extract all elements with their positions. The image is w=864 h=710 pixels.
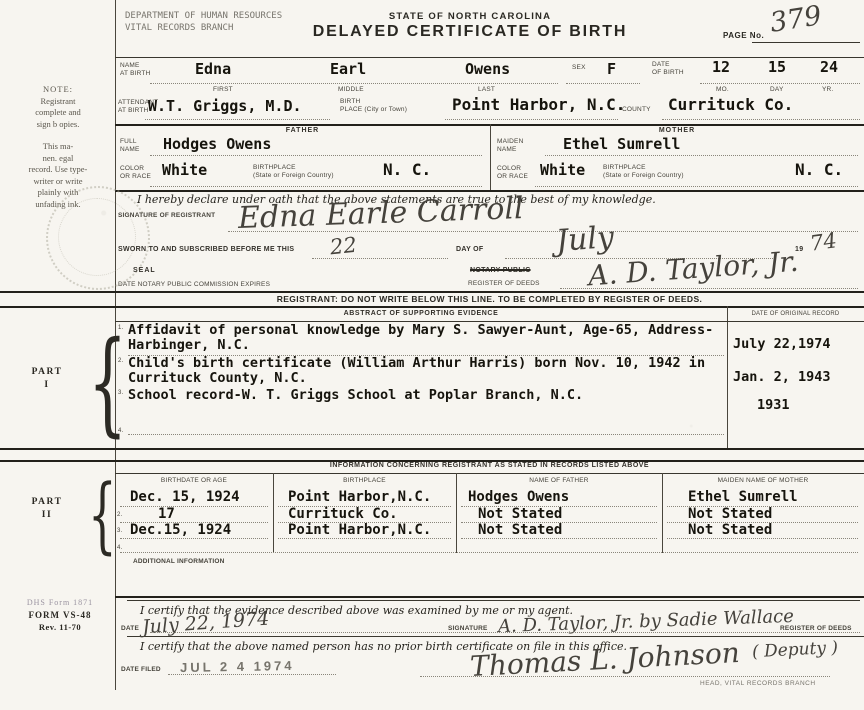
part2-col2-divider: [456, 473, 457, 553]
evidence-item-number: 2.: [118, 358, 123, 364]
evidence-item-number: 4.: [118, 428, 123, 434]
attendant-dotted-line: [145, 119, 330, 120]
header-divider: [115, 57, 864, 58]
sworn-day-value: 22: [329, 233, 358, 260]
state-heading: STATE OF NORTH CAROLINA: [270, 11, 670, 22]
record-row-mother: Not Stated: [688, 522, 772, 538]
date-filed-stamp: JUL 2 4 1974: [180, 658, 295, 675]
page-number-label: PAGE No.: [723, 31, 764, 40]
record-row-father: Not Stated: [478, 522, 562, 538]
evidence-item-date: July 22,1974: [733, 336, 831, 352]
birthplace-dotted-line: [445, 119, 618, 120]
last-name-value: Owens: [465, 60, 510, 78]
registrant-signature-dotted-line: [228, 231, 858, 232]
month-sublabel: MO.: [716, 86, 729, 93]
birthplace-value: Point Harbor, N.C.: [452, 95, 625, 114]
mother-birthplace-value: N. C.: [795, 160, 843, 179]
middle-sublabel: MIDDLE: [338, 86, 364, 93]
page-number-value: 379: [768, 0, 824, 39]
record-row-father: Not Stated: [478, 506, 562, 522]
margin-note-line: [6, 130, 110, 141]
record-row-number: 2.: [117, 512, 122, 518]
part2-row3-dotted-line: [667, 538, 858, 539]
mother-maiden-name-label: MAIDEN: [497, 138, 523, 145]
day-sublabel: DAY: [770, 86, 783, 93]
middle-name-value: Earl: [330, 60, 366, 78]
certify2-top-line: [127, 636, 864, 637]
dhs-form-stamp: DHS Form 1871: [6, 598, 114, 607]
notice-bottom-line: [0, 306, 864, 308]
mother-race-label: COLOR: [497, 165, 521, 172]
sex-dotted-line: [566, 83, 640, 84]
register-of-deeds-signature: A. D. Taylor, Jr.: [587, 245, 799, 293]
evidence-item-date: 1931: [757, 397, 790, 413]
father-full-name-label2: NAME: [120, 146, 140, 153]
sworn-year-value: 74: [808, 228, 838, 255]
first-name-value: Edna: [195, 60, 231, 78]
part1-header-underline-right: [727, 321, 864, 322]
part2-row3-dotted-line: [120, 538, 268, 539]
father-full-name-label: FULL: [120, 138, 137, 145]
father-race-label2: OR RACE: [120, 173, 151, 180]
department-line1: DEPARTMENT OF HUMAN RESOURCES: [125, 11, 282, 21]
record-row-mother: Ethel Sumrell: [688, 489, 798, 505]
sex-label: SEX: [572, 64, 586, 71]
father-race-value: White: [162, 161, 207, 179]
department-line2: VITAL RECORDS BRANCH: [125, 23, 233, 33]
birthplace-label: BIRTH: [340, 98, 360, 105]
sworn-month-value: July: [555, 220, 615, 259]
record-row-number: 4.: [117, 545, 122, 551]
margin-note-line: record. Use type-: [6, 164, 110, 176]
seal-label: SEAL: [133, 267, 156, 274]
name-dotted-line: [150, 83, 558, 84]
part1-bottom-line: [0, 448, 864, 450]
margin-note-line: sign b opies.: [6, 119, 110, 131]
deputy-handwritten: ( Deputy ): [752, 638, 839, 662]
margin-note-line: complete and: [6, 107, 110, 119]
form-number: FORM VS-48: [6, 610, 114, 620]
part1-date-col-divider: [727, 306, 728, 448]
record-row-birthplace: Currituck Co.: [288, 506, 398, 522]
date-of-birth-label2: OF BIRTH: [652, 69, 684, 76]
part2-word: PART: [8, 496, 86, 509]
part2-col-header: NAME OF FATHER: [456, 477, 662, 484]
evidence-item-text: School record-W. T. Griggs School at Pop…: [128, 388, 724, 403]
certify-signature-label: SIGNATURE: [448, 625, 488, 632]
page-number-underline: [752, 42, 860, 43]
date-of-birth-label: DATE: [652, 61, 670, 68]
name-at-birth-label2: AT BIRTH: [120, 70, 151, 77]
county-value: Currituck Co.: [668, 95, 793, 114]
part2-bottom-line: [115, 596, 864, 598]
record-row-birthdate: Dec.15, 1924: [130, 522, 231, 538]
father-birthplace-label: BIRTHPLACE: [253, 164, 296, 171]
attendant-label2: AT BIRTH: [118, 107, 149, 114]
date-filed-dotted-line: [168, 674, 336, 675]
margin-note-line: This ma-: [6, 141, 110, 153]
part2-col-header: BIRTHDATE OR AGE: [115, 477, 273, 484]
county-dotted-line: [662, 119, 860, 120]
margin-note-line: nen. egal: [6, 153, 110, 165]
father-birthplace-label2: (State or Foreign Country): [253, 172, 334, 179]
certify-date-label: DATE: [121, 625, 139, 632]
mother-race-label2: OR RACE: [497, 173, 528, 180]
mother-race-dotted-line: [535, 186, 858, 187]
year-sublabel: YR.: [822, 86, 833, 93]
head-vital-records-label: HEAD, VITAL RECORDS BRANCH: [700, 680, 816, 687]
mother-birthplace-label2: (State or Foreign Country): [603, 172, 684, 179]
record-row-birthdate: Dec. 15, 1924: [130, 489, 240, 505]
notary-public-struck-label: NOTARY PUBLIC: [470, 267, 531, 274]
part1-num: I: [8, 379, 86, 392]
part2-num: II: [8, 509, 86, 522]
part2-title-underline: [115, 473, 864, 474]
part2-row1-dotted-line: [120, 506, 268, 507]
notary-expires-label: DATE NOTARY PUBLIC COMMISSION EXPIRES: [118, 281, 270, 288]
part2-brace-icon: {: [88, 468, 117, 563]
mother-birthplace-label: BIRTHPLACE: [603, 164, 646, 171]
scanned-delayed-birth-certificate: NOTE: Registrant complete and sign b opi…: [0, 0, 864, 710]
part1-title: ABSTRACT OF SUPPORTING EVIDENCE: [115, 310, 727, 317]
notary-seal-inner-ring: [58, 198, 136, 276]
day-of-label: DAY OF: [456, 246, 483, 253]
register-signature-dotted-line: [560, 288, 858, 289]
mother-race-value: White: [540, 161, 585, 179]
mother-name-value: Ethel Sumrell: [563, 135, 680, 153]
father-section-header: FATHER: [115, 127, 490, 134]
certify1-top-line: [127, 600, 860, 601]
part2-col-header: MAIDEN NAME OF MOTHER: [662, 477, 864, 484]
county-label: COUNTY: [622, 106, 651, 113]
additional-information-label: ADDITIONAL INFORMATION: [133, 558, 225, 565]
evidence-item-date: Jan. 2, 1943: [733, 369, 831, 385]
father-name-value: Hodges Owens: [163, 135, 271, 153]
certificate-title: DELAYED CERTIFICATE OF BIRTH: [255, 23, 685, 41]
part1-date-header: DATE OF ORIGINAL RECORD: [727, 311, 864, 317]
evidence-item4-dotted-line: [128, 434, 724, 435]
part2-row3-dotted-line: [461, 538, 657, 539]
evidence-item-text: Child's birth certificate (William Arthu…: [128, 356, 724, 386]
sworn-label: SWORN TO AND SUBSCRIBED BEFORE ME THIS: [118, 246, 294, 253]
father-race-label: COLOR: [120, 165, 144, 172]
dob-dotted-line: [700, 83, 860, 84]
record-row-mother: Not Stated: [688, 506, 772, 522]
birth-day-value: 15: [768, 58, 786, 76]
certify-register-label: REGISTER OF DEEDS: [780, 625, 852, 632]
date-filed-label: DATE FILED: [121, 666, 161, 673]
part2-col3-divider: [662, 473, 663, 553]
sex-value: F: [607, 60, 616, 78]
register-of-deeds-label: REGISTER OF DEEDS: [468, 280, 540, 287]
evidence-item-text: Affidavit of personal knowledge by Mary …: [128, 323, 724, 353]
record-row-father: Hodges Owens: [468, 489, 569, 505]
certify-signature-dotted-line: [150, 632, 860, 633]
birth-month-value: 12: [712, 58, 730, 76]
birthplace-label2: PLACE (City or Town): [340, 106, 407, 113]
first-sublabel: FIRST: [213, 86, 233, 93]
part2-title: INFORMATION CONCERNING REGISTRANT AS STA…: [115, 462, 864, 469]
father-name-dotted-line: [150, 155, 482, 156]
mother-maiden-name-label2: NAME: [497, 146, 517, 153]
part1-label: PART I: [8, 366, 86, 392]
father-birthplace-value: N. C.: [383, 160, 431, 179]
record-row-birthdate: 17: [158, 506, 175, 522]
registrant-notice: REGISTRANT: DO NOT WRITE BELOW THIS LINE…: [115, 294, 864, 304]
notice-top-line: [0, 291, 864, 293]
last-sublabel: LAST: [478, 86, 495, 93]
mother-name-dotted-line: [545, 155, 858, 156]
father-race-dotted-line: [150, 186, 482, 187]
attendant-value: W.T. Griggs, M.D.: [148, 97, 302, 115]
part2-row4-dotted-line: [120, 552, 858, 553]
part2-col1-divider: [273, 473, 274, 553]
margin-note-line: Registrant: [6, 96, 110, 108]
form-revision: Rev. 11-70: [6, 622, 114, 632]
part2-row3-dotted-line: [278, 538, 451, 539]
part2-col-header: BIRTHPLACE: [273, 477, 456, 484]
record-row-birthplace: Point Harbor,N.C.: [288, 522, 431, 538]
margin-note-title: NOTE:: [6, 84, 110, 96]
part2-label: PART II: [8, 496, 86, 522]
name-at-birth-label: NAME: [120, 62, 140, 69]
evidence-item-number: 1.: [118, 325, 123, 331]
evidence-item-number: 3.: [118, 390, 123, 396]
part1-word: PART: [8, 366, 86, 379]
head-signature-dotted-line: [420, 676, 830, 677]
mother-section-header: MOTHER: [490, 127, 864, 134]
birth-year-value: 24: [820, 58, 838, 76]
signature-of-registrant-label: SIGNATURE OF REGISTRANT: [118, 212, 215, 219]
record-row-birthplace: Point Harbor,N.C.: [288, 489, 431, 505]
record-row-number: 3.: [117, 528, 122, 534]
